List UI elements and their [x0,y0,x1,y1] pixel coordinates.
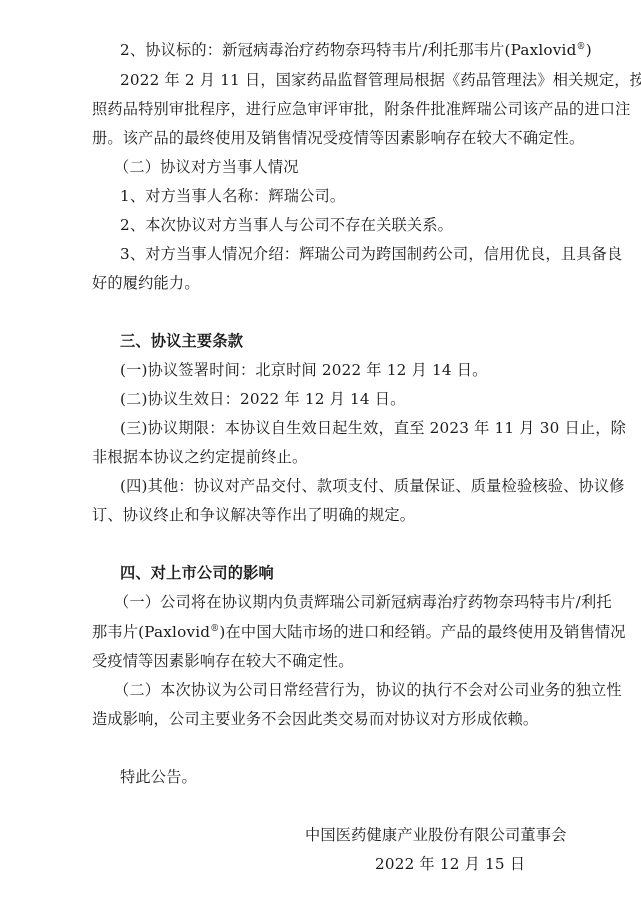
agreement-subject-close: ) [586,41,592,59]
agreement-subject: 2、协议标的：新冠病毒治疗药物奈玛特韦片/利托那韦片(Paxlovid®) [120,40,550,60]
counterparty-intro-line: 好的履约能力。 [92,273,550,293]
agreement-subject-text: 2、协议标的：新冠病毒治疗药物奈玛特韦片/利托那韦片(Paxlovid [120,41,577,59]
impact-paragraph-line: 造成影响，公司主要业务不会因此类交易而对协议对方形成依赖。 [92,709,550,729]
section-three-heading: 三、协议主要条款 [120,331,578,351]
impact-market-text: )在中国大陆市场的进口和经销。产品的最终使用及销售情况 [219,623,625,641]
counterparty-intro-line: 3、对方当事人情况介绍：辉瑞公司为跨国制药公司，信用优良，且具备良 [120,244,550,264]
notice-closing: 特此公告。 [120,767,578,787]
counterparty-relationship: 2、本次协议对方当事人与公司不存在关联关系。 [120,215,550,235]
counterparty-heading: （二）协议对方当事人情况 [114,157,544,177]
approval-paragraph-line: 册。该产品的最终使用及销售情况受疫情等因素影响存在较大不确定性。 [92,128,550,148]
impact-paragraph-line: 那韦片(Paxlovid®)在中国大陆市场的进口和经销。产品的最终使用及销售情况 [92,622,550,642]
term-effective-date: (二)协议生效日：2022 年 12 月 14 日。 [120,389,578,409]
approval-paragraph-line: 照药品特别审批程序，进行应急审评审批，附条件批准辉瑞公司该产品的进口注 [92,99,550,119]
registered-mark: ® [577,42,586,52]
impact-paragraph-line: （二）本次协议为公司日常经营行为，协议的执行不会对公司业务的独立性 [114,680,550,700]
impact-paragraph-line: （一）公司将在协议期内负责辉瑞公司新冠病毒治疗药物奈玛特韦片/利托 [114,592,550,612]
term-other-line: 订、协议终止和争议解决等作出了明确的规定。 [92,505,550,525]
impact-product-text: 那韦片(Paxlovid [92,623,210,641]
term-duration-line: (三)协议期限：本协议自生效日起生效，直至 2023 年 11 月 30 日止，… [120,418,550,438]
term-duration-line: 非根据本协议之约定提前终止。 [92,447,550,467]
term-other-line: (四)其他：协议对产品交付、款项支付、质量保证、质量检验核验、协议修 [120,476,550,496]
impact-paragraph-line: 受疫情等因素影响存在较大不确定性。 [92,651,550,671]
signatory: 中国医药健康产业股份有限公司董事会 [305,825,567,845]
approval-paragraph-line: 2022 年 2 月 11 日，国家药品监督管理局根据《药品管理法》相关规定，按 [120,70,550,90]
term-signing-date: (一)协议签署时间：北京时间 2022 年 12 月 14 日。 [120,360,578,380]
section-four-heading: 四、对上市公司的影响 [120,563,578,583]
document-page: 2、协议标的：新冠病毒治疗药物奈玛特韦片/利托那韦片(Paxlovid®) 20… [0,0,641,909]
counterparty-name: 1、对方当事人名称：辉瑞公司。 [120,186,550,206]
announcement-date: 2022 年 12 月 15 日 [375,854,525,874]
